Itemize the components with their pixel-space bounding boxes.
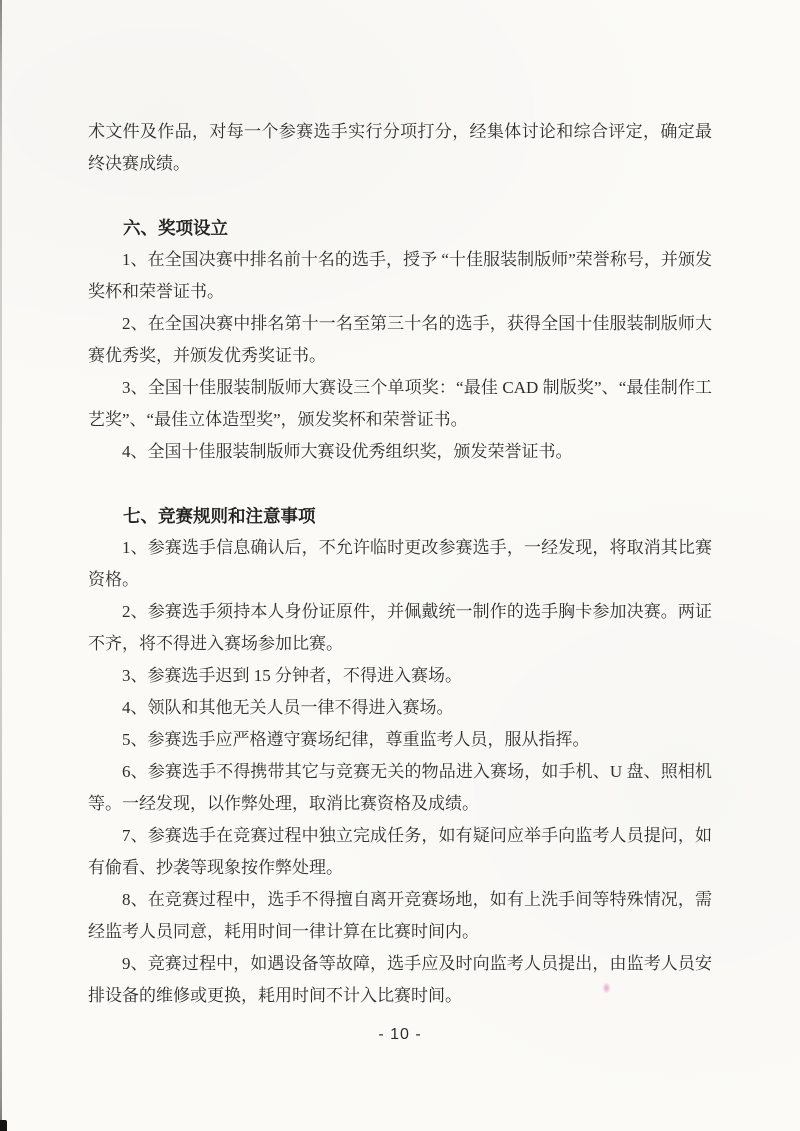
section-heading: 六、奖项设立 [88, 212, 712, 244]
list-item: 4、全国十佳服装制版师大赛设优秀组织奖，颁发荣誉证书。 [88, 436, 712, 468]
list-item: 5、参赛选手应严格遵守赛场纪律，尊重监考人员，服从指挥。 [88, 724, 712, 756]
page-number: - 10 - [0, 1026, 800, 1044]
list-item: 7、参赛选手在竞赛过程中独立完成任务，如有疑问应举手向监考人员提问，如有偷看、抄… [88, 820, 712, 884]
list-item: 2、在全国决赛中排名第十一名至第三十名的选手，获得全国十佳服装制版师大赛优秀奖，… [88, 308, 712, 372]
section-heading: 七、竞赛规则和注意事项 [88, 500, 712, 532]
list-item: 2、参赛选手须持本人身份证原件，并佩戴统一制作的选手胸卡参加决赛。两证不齐，将不… [88, 596, 712, 660]
list-item: 1、在全国决赛中排名前十名的选手，授予 “十佳服装制版师”荣誉称号，并颁发奖杯和… [88, 244, 712, 308]
list-item: 9、竞赛过程中，如遇设备等故障，选手应及时向监考人员提出，由监考人员安排设备的维… [88, 948, 712, 1012]
scan-corner-artifact [0, 1120, 7, 1131]
document-body: 术文件及作品，对每一个参赛选手实行分项打分，经集体讨论和综合评定，确定最终决赛成… [88, 116, 712, 1012]
list-item: 4、领队和其他无关人员一律不得进入赛场。 [88, 692, 712, 724]
list-item: 3、参赛选手迟到 15 分钟者，不得进入赛场。 [88, 660, 712, 692]
document-sections: 六、奖项设立1、在全国决赛中排名前十名的选手，授予 “十佳服装制版师”荣誉称号，… [88, 212, 712, 1012]
list-item: 3、全国十佳服装制版师大赛设三个单项奖：“最佳 CAD 制版奖”、“最佳制作工艺… [88, 372, 712, 436]
scanned-document-page: 术文件及作品，对每一个参赛选手实行分项打分，经集体讨论和综合评定，确定最终决赛成… [0, 0, 800, 1131]
list-item: 6、参赛选手不得携带其它与竞赛无关的物品进入赛场，如手机、U 盘、照相机等。一经… [88, 756, 712, 820]
list-item: 8、在竞赛过程中，选手不得擅自离开竞赛场地，如有上洗手间等特殊情况，需经监考人员… [88, 884, 712, 948]
scan-edge-artifact [0, 0, 2, 1131]
intro-paragraph: 术文件及作品，对每一个参赛选手实行分项打分，经集体讨论和综合评定，确定最终决赛成… [88, 116, 712, 180]
list-item: 1、参赛选手信息确认后，不允许临时更改参赛选手，一经发现，将取消其比赛资格。 [88, 532, 712, 596]
